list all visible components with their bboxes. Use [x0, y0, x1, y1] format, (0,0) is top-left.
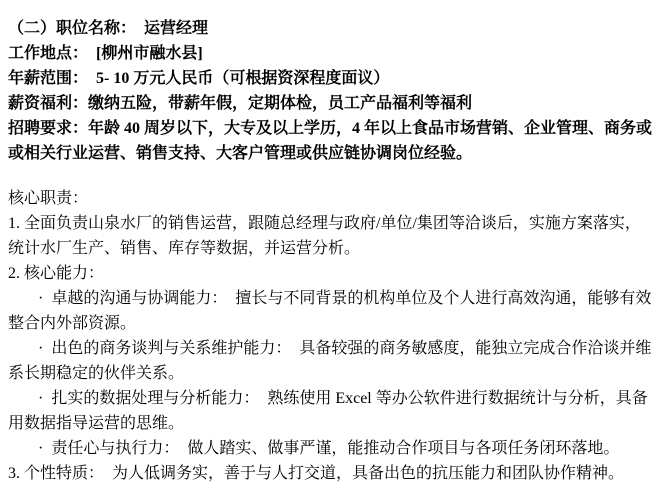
- text-line: 3. 个性特质： 为人低调务实，善于与人打交道，具备出色的抗压能力和团队协作精神…: [8, 461, 655, 486]
- text-line: · 扎实的数据处理与分析能力： 熟练使用 Excel 等办公软件进行数据统计与分…: [8, 386, 655, 411]
- text-line: 2. 核心能力：: [8, 261, 655, 286]
- text-line: 1. 全面负责山泉水厂的销售运营，跟随总经理与政府/单位/集团等洽谈后，实施方案…: [8, 211, 655, 236]
- text-line: · 责任心与执行力： 做人踏实、做事严谨，能推动合作项目与各项任务闭环落地。: [8, 436, 655, 461]
- text-line: 工作地点： [柳州市融水县]: [8, 41, 655, 66]
- text-line: 或相关行业运营、销售支持、大客户管理或供应链协调岗位经验。: [8, 141, 655, 166]
- text-line: 用数据指导运营的思维。: [8, 411, 655, 436]
- text-line: 核心职责：: [8, 186, 655, 211]
- text-line: 统计水厂生产、销售、库存等数据，并运营分析。: [8, 236, 655, 261]
- blank-line: [8, 166, 655, 186]
- text-line: 年薪范围： 5- 10 万元人民币（可根据资深程度面议）: [8, 66, 655, 91]
- text-line: 整合内外部资源。: [8, 311, 655, 336]
- text-line: 系长期稳定的伙伴关系。: [8, 361, 655, 386]
- text-line: 招聘要求：年龄 40 周岁以下，大专及以上学历，4 年以上食品市场营销、企业管理…: [8, 116, 655, 141]
- document-page: （二）职位名称： 运营经理工作地点： [柳州市融水县]年薪范围： 5- 10 万…: [0, 0, 661, 504]
- text-line: 薪资福利：缴纳五险，带薪年假，定期体检，员工产品福利等福利: [8, 91, 655, 116]
- document-body: （二）职位名称： 运营经理工作地点： [柳州市融水县]年薪范围： 5- 10 万…: [0, 0, 661, 486]
- text-line: · 出色的商务谈判与关系维护能力： 具备较强的商务敏感度，能独立完成合作洽谈并维: [8, 336, 655, 361]
- text-line: （二）职位名称： 运营经理: [8, 16, 655, 41]
- text-line: · 卓越的沟通与协调能力： 擅长与不同背景的机构单位及个人进行高效沟通，能够有效: [8, 286, 655, 311]
